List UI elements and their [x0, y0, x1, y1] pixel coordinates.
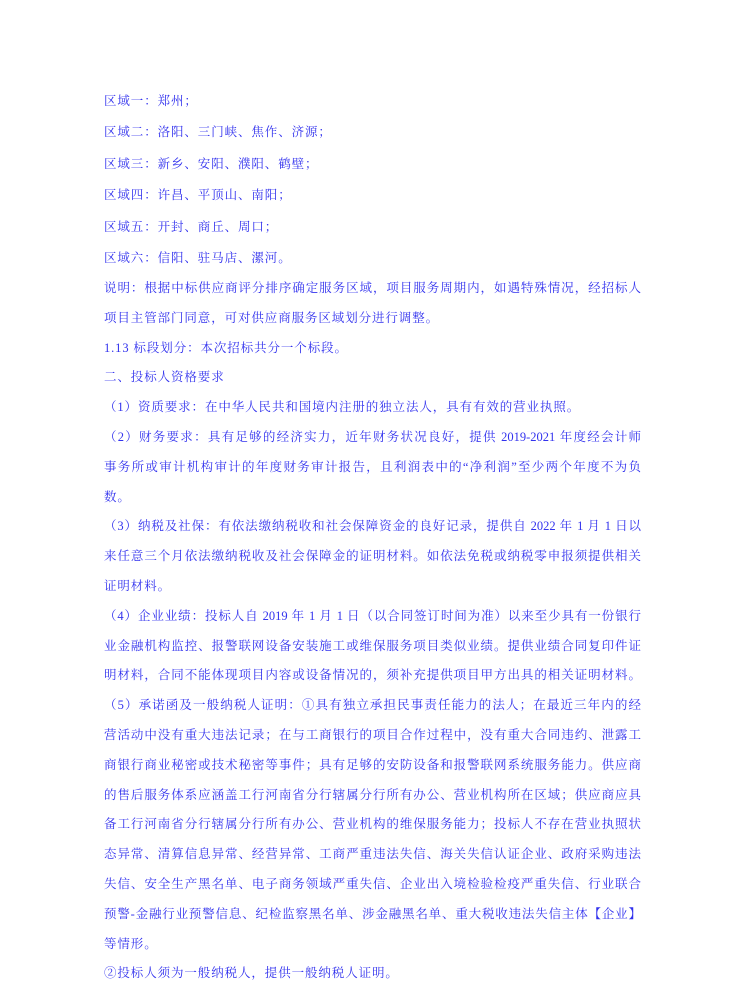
document-line: 说明：根据中标供应商评分排序确定服务区域，项目服务周期内，如遇特殊情况，经招标人 [104, 274, 641, 304]
document-line: 商银行商业秘密或技术秘密等事件；具有足够的安防设备和报警联网系统服务能力。供应商 [104, 751, 641, 781]
document-line: 备工行河南省分行辖属分行所有办公、营业机构的维保服务能力；投标人不存在营业执照状 [104, 810, 641, 840]
region-list: 区域一：郑州；区域二：洛阳、三门峡、焦作、济源；区域三：新乡、安阳、濮阳、鹤壁；… [104, 86, 641, 274]
document-line: （5）承诺函及一般纳税人证明：①具有独立承担民事责任能力的法人；在最近三年内的经 [104, 691, 641, 721]
document-line: 二、投标人资格要求 [104, 363, 641, 393]
document-page: 区域一：郑州；区域二：洛阳、三门峡、焦作、济源；区域三：新乡、安阳、濮阳、鹤壁；… [0, 0, 743, 1005]
document-line: 事务所或审计机构审计的年度财务审计报告，且利润表中的“净利润”至少两个年度不为负 [104, 453, 641, 483]
document-line: 1.13 标段划分：本次招标共分一个标段。 [104, 334, 641, 364]
document-line: 来任意三个月依法缴纳税收及社会保障金的证明材料。如依法免税或纳税零申报须提供相关 [104, 542, 641, 572]
document-line: 态异常、清算信息异常、经营异常、工商严重违法失信、海关失信认证企业、政府采购违法 [104, 840, 641, 870]
document-line: （1）资质要求：在中华人民共和国境内注册的独立法人，具有有效的营业执照。 [104, 393, 641, 423]
document-line: 等情形。 [104, 930, 641, 960]
document-line: 数。 [104, 483, 641, 513]
document-line: 失信、安全生产黑名单、电子商务领域严重失信、企业出入境检验检疫严重失信、行业联合 [104, 870, 641, 900]
document-line: 项目主管部门同意，可对供应商服务区域划分进行调整。 [104, 304, 641, 334]
region-line: 区域五：开封、商丘、周口； [104, 212, 641, 243]
document-line: （3）纳税及社保：有依法缴纳税收和社会保障资金的良好记录，提供自 2022 年 … [104, 512, 641, 542]
document-line: 的售后服务体系应涵盖工行河南省分行辖属分行所有办公、营业机构所在区域；供应商应具 [104, 781, 641, 811]
region-line: 区域二：洛阳、三门峡、焦作、济源； [104, 117, 641, 148]
document-line: （4）企业业绩：投标人自 2019 年 1 月 1 日（以合同签订时间为准）以来… [104, 602, 641, 632]
document-line: 业金融机构监控、报警联网设备安装施工或维保服务项目类似业绩。提供业绩合同复印件证 [104, 632, 641, 662]
body-text: 说明：根据中标供应商评分排序确定服务区域，项目服务周期内，如遇特殊情况，经招标人… [104, 274, 641, 989]
document-line: 预警-金融行业预警信息、纪检监察黑名单、涉金融黑名单、重大税收违法失信主体【企业… [104, 900, 641, 930]
region-line: 区域一：郑州； [104, 86, 641, 117]
document-line: ②投标人须为一般纳税人，提供一般纳税人证明。 [104, 959, 641, 989]
document-line: 明材料，合同不能体现项目内容或设备情况的，须补充提供项目甲方出具的相关证明材料。 [104, 661, 641, 691]
region-line: 区域三：新乡、安阳、濮阳、鹤壁； [104, 149, 641, 180]
document-line: （2）财务要求：具有足够的经济实力，近年财务状况良好，提供 2019-2021 … [104, 423, 641, 453]
document-line: 营活动中没有重大违法记录；在与工商银行的项目合作过程中，没有重大合同违约、泄露工 [104, 721, 641, 751]
region-line: 区域六：信阳、驻马店、漯河。 [104, 243, 641, 274]
region-line: 区域四：许昌、平顶山、南阳； [104, 180, 641, 211]
document-line: 证明材料。 [104, 572, 641, 602]
